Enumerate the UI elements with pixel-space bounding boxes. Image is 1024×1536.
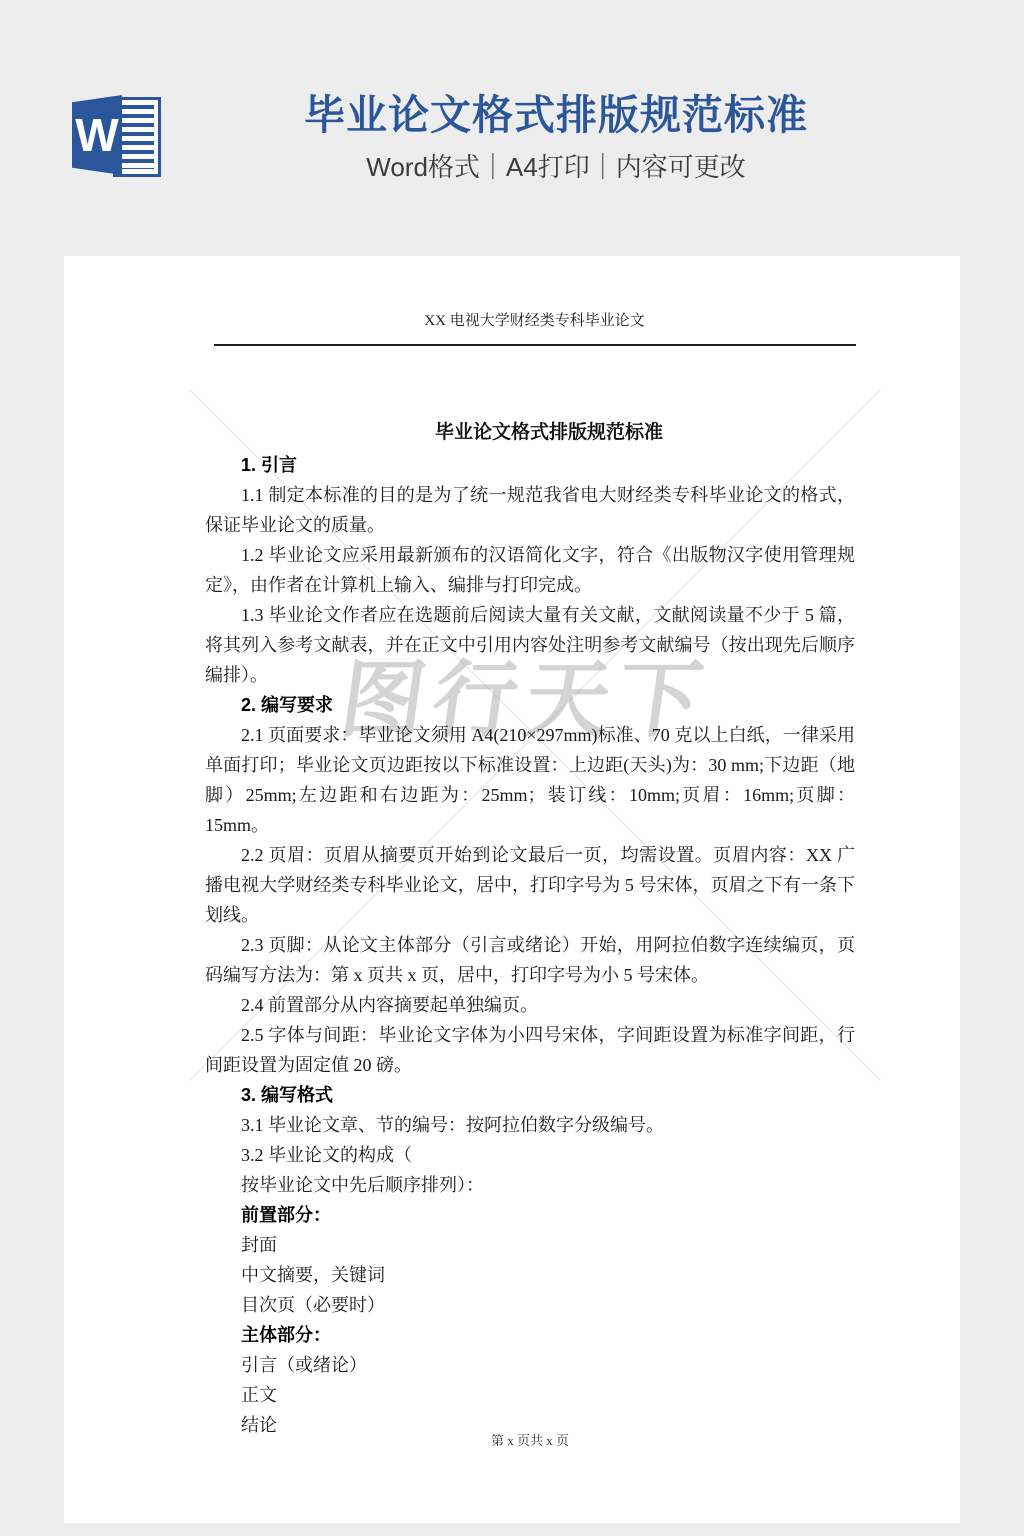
doc-paragraph-body: 3.2 毕业论文的构成（ [205,1140,855,1170]
document-content: XX 电视大学财经类专科毕业论文 毕业论文格式排版规范标准 1. 引言1.1 制… [64,256,960,1523]
doc-paragraph-body: 3.1 毕业论文章、节的编号：按阿拉伯数字分级编号。 [205,1110,855,1140]
doc-paragraph-subheading: 主体部分： [205,1320,855,1350]
doc-paragraph-body: 引言（或绪论） [205,1350,855,1380]
doc-paragraph-body: 2.3 页脚：从论文主体部分（引言或绪论）开始，用阿拉伯数字连续编页，页码编写方… [205,930,855,990]
doc-paragraph-body: 按毕业论文中先后顺序排列）： [205,1170,855,1200]
doc-paragraph-body: 2.4 前置部分从内容摘要起单独编页。 [205,990,855,1020]
doc-paragraph-heading: 3. 编写格式 [205,1080,855,1110]
doc-paragraph-body: 正文 [205,1380,855,1410]
doc-paragraph-body: 2.1 页面要求：毕业论文须用 A4(210×297mm)标准、70 克以上白纸… [205,720,855,840]
document-page: 图行天下 XX 电视大学财经类专科毕业论文 毕业论文格式排版规范标准 1. 引言… [64,256,960,1523]
top-banner: W 毕业论文格式排版规范标准 Word格式｜A4打印｜内容可更改 [0,0,1024,256]
banner-subtitle: Word格式｜A4打印｜内容可更改 [88,152,1024,182]
doc-paragraph-subheading: 前置部分： [205,1200,855,1230]
doc-paragraph-body: 1.1 制定本标准的目的是为了统一规范我省电大财经类专科毕业论文的格式，保证毕业… [205,480,855,540]
doc-paragraph-body: 2.5 字体与间距：毕业论文字体为小四号宋体，字间距设置为标准字间距，行间距设置… [205,1020,855,1080]
page-header: XX 电视大学财经类专科毕业论文 [214,310,855,332]
doc-body: 1. 引言1.1 制定本标准的目的是为了统一规范我省电大财经类专科毕业论文的格式… [205,450,855,1440]
doc-paragraph-body: 1.2 毕业论文应采用最新颁布的汉语简化文字，符合《出版物汉字使用管理规定》，由… [205,540,855,600]
page-footer: 第 x 页共 x 页 [205,1432,855,1450]
doc-paragraph-body: 1.3 毕业论文作者应在选题前后阅读大量有关文献，文献阅读量不少于 5 篇，将其… [205,600,855,690]
doc-paragraph-body: 中文摘要，关键词 [205,1260,855,1290]
doc-paragraph-body: 目次页（必要时） [205,1290,855,1320]
page-header-rule [214,344,856,346]
banner-title: 毕业论文格式排版规范标准 [88,92,1024,138]
doc-paragraph-body: 封面 [205,1230,855,1260]
document-title: 毕业论文格式排版规范标准 [205,418,855,448]
doc-paragraph-heading: 1. 引言 [205,450,855,480]
doc-paragraph-body: 2.2 页眉：页眉从摘要页开始到论文最后一页，均需设置。页眉内容：XX 广播电视… [205,840,855,930]
banner-text-block: 毕业论文格式排版规范标准 Word格式｜A4打印｜内容可更改 [88,0,1024,182]
doc-paragraph-heading: 2. 编写要求 [205,690,855,720]
